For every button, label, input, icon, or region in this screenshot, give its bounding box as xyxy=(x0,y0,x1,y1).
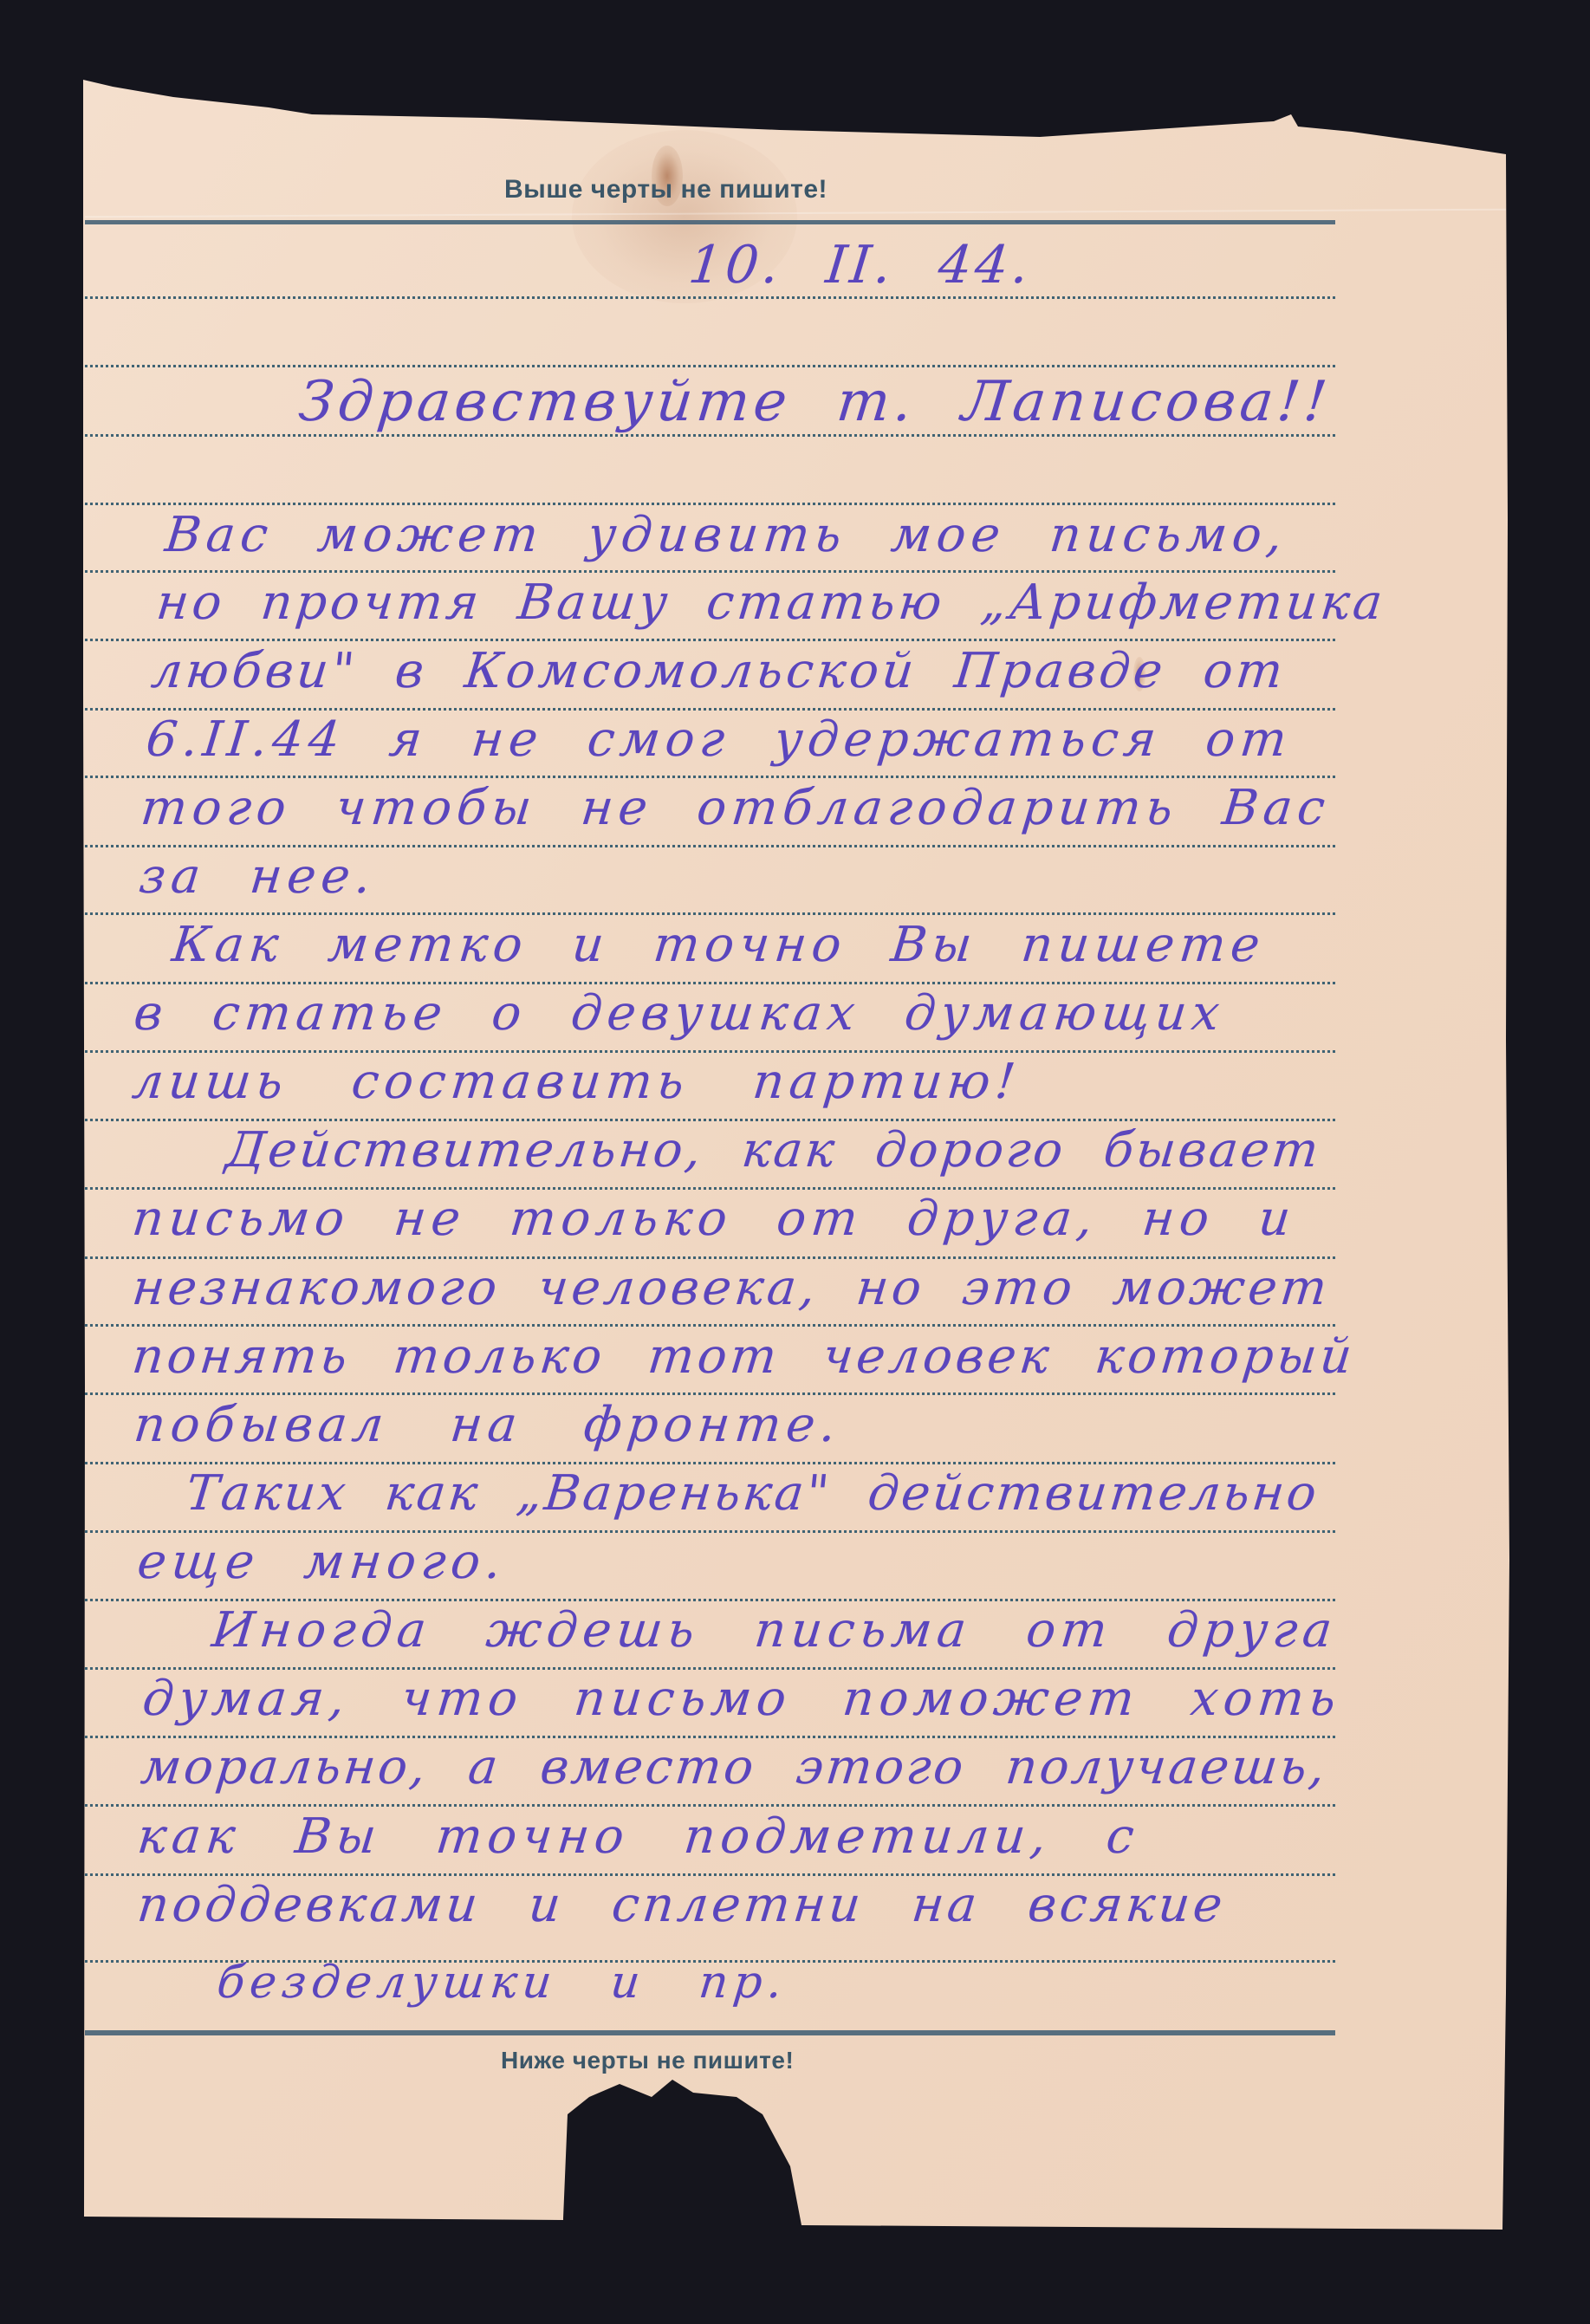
letter-line: думая, что письмо поможет хоть xyxy=(140,1675,1343,1724)
letter-line: поддевками и сплетни на всякие xyxy=(135,1881,1228,1930)
letter-line: понять только тот человек который xyxy=(130,1333,1357,1381)
ruling-line xyxy=(85,296,1335,299)
ruling-line xyxy=(85,1462,1335,1464)
ruling-line xyxy=(85,1324,1335,1327)
letter-line: морально, а вместо этого получаешь, xyxy=(139,1743,1330,1792)
printed-footer-note: Ниже черты не пишите! xyxy=(501,2047,794,2074)
ruling-line xyxy=(85,1119,1335,1121)
printed-header-note: Выше черты не пишите! xyxy=(504,175,827,204)
ruling-line xyxy=(85,982,1335,984)
letter-line: за нее. xyxy=(137,853,379,901)
letter-line: Таких как „Варенька" действительно xyxy=(184,1470,1321,1518)
letter-line: лишь составить партию! xyxy=(130,1058,1022,1107)
letter-line: побывал на фронте. xyxy=(132,1401,843,1450)
ruling-line xyxy=(85,1392,1335,1395)
ruling-line xyxy=(85,1256,1335,1259)
ruling-line xyxy=(85,708,1335,711)
ruling-line xyxy=(85,776,1335,778)
ruling-line xyxy=(85,1050,1335,1053)
letter-line: как Вы точно подметили, с xyxy=(135,1813,1141,1861)
ruling-line xyxy=(85,1187,1335,1190)
letter-line: еще много. xyxy=(135,1538,509,1587)
letter-line: Вас может удивить мое письмо, xyxy=(163,511,1290,560)
ruling-line xyxy=(85,1804,1335,1807)
ruling-line xyxy=(85,434,1335,437)
ruling-line xyxy=(85,570,1335,573)
letter-greeting: Здравствуйте т. Лаписова!! xyxy=(296,374,1334,430)
letter-date: 10. II. 44. xyxy=(686,239,1035,291)
letter-line: безделушки и пр. xyxy=(215,1960,789,2005)
letter-line: Иногда ждешь письма от друга xyxy=(210,1607,1340,1655)
letter-sheet: Выше черты не пишите! Ниже черты не пиши… xyxy=(0,0,1590,2324)
ruling-line xyxy=(85,503,1335,505)
letter-line: любви" в Комсомольской Правде от xyxy=(149,647,1288,696)
letter-line: но прочтя Вашу статью „Арифметика xyxy=(154,579,1388,627)
letter-line: письмо не только от друга, но и xyxy=(130,1195,1298,1243)
ruling-line xyxy=(85,912,1335,915)
ruling-line xyxy=(85,365,1335,367)
letter-line: Действительно, как дорого бывает xyxy=(224,1126,1323,1175)
ruling-line xyxy=(85,1530,1335,1533)
letter-line: незнакомого человека, но это может xyxy=(130,1264,1333,1313)
top-solid-rule xyxy=(85,220,1335,224)
ruling-line xyxy=(85,1667,1335,1670)
letter-line: 6.II.44 я не смог удержаться от xyxy=(144,716,1294,764)
ruling-line xyxy=(85,1599,1335,1601)
bottom-solid-rule xyxy=(85,2030,1335,2035)
letter-line: в статье о девушках думающих xyxy=(132,990,1227,1038)
letter-line: того чтобы не отблагодарить Вас xyxy=(139,784,1333,833)
ruling-line xyxy=(85,1873,1335,1876)
ruling-line xyxy=(85,1736,1335,1738)
letter-line: Как метко и точно Вы пишете xyxy=(170,921,1268,970)
ruling-line xyxy=(85,845,1335,847)
ruling-line xyxy=(85,639,1335,641)
